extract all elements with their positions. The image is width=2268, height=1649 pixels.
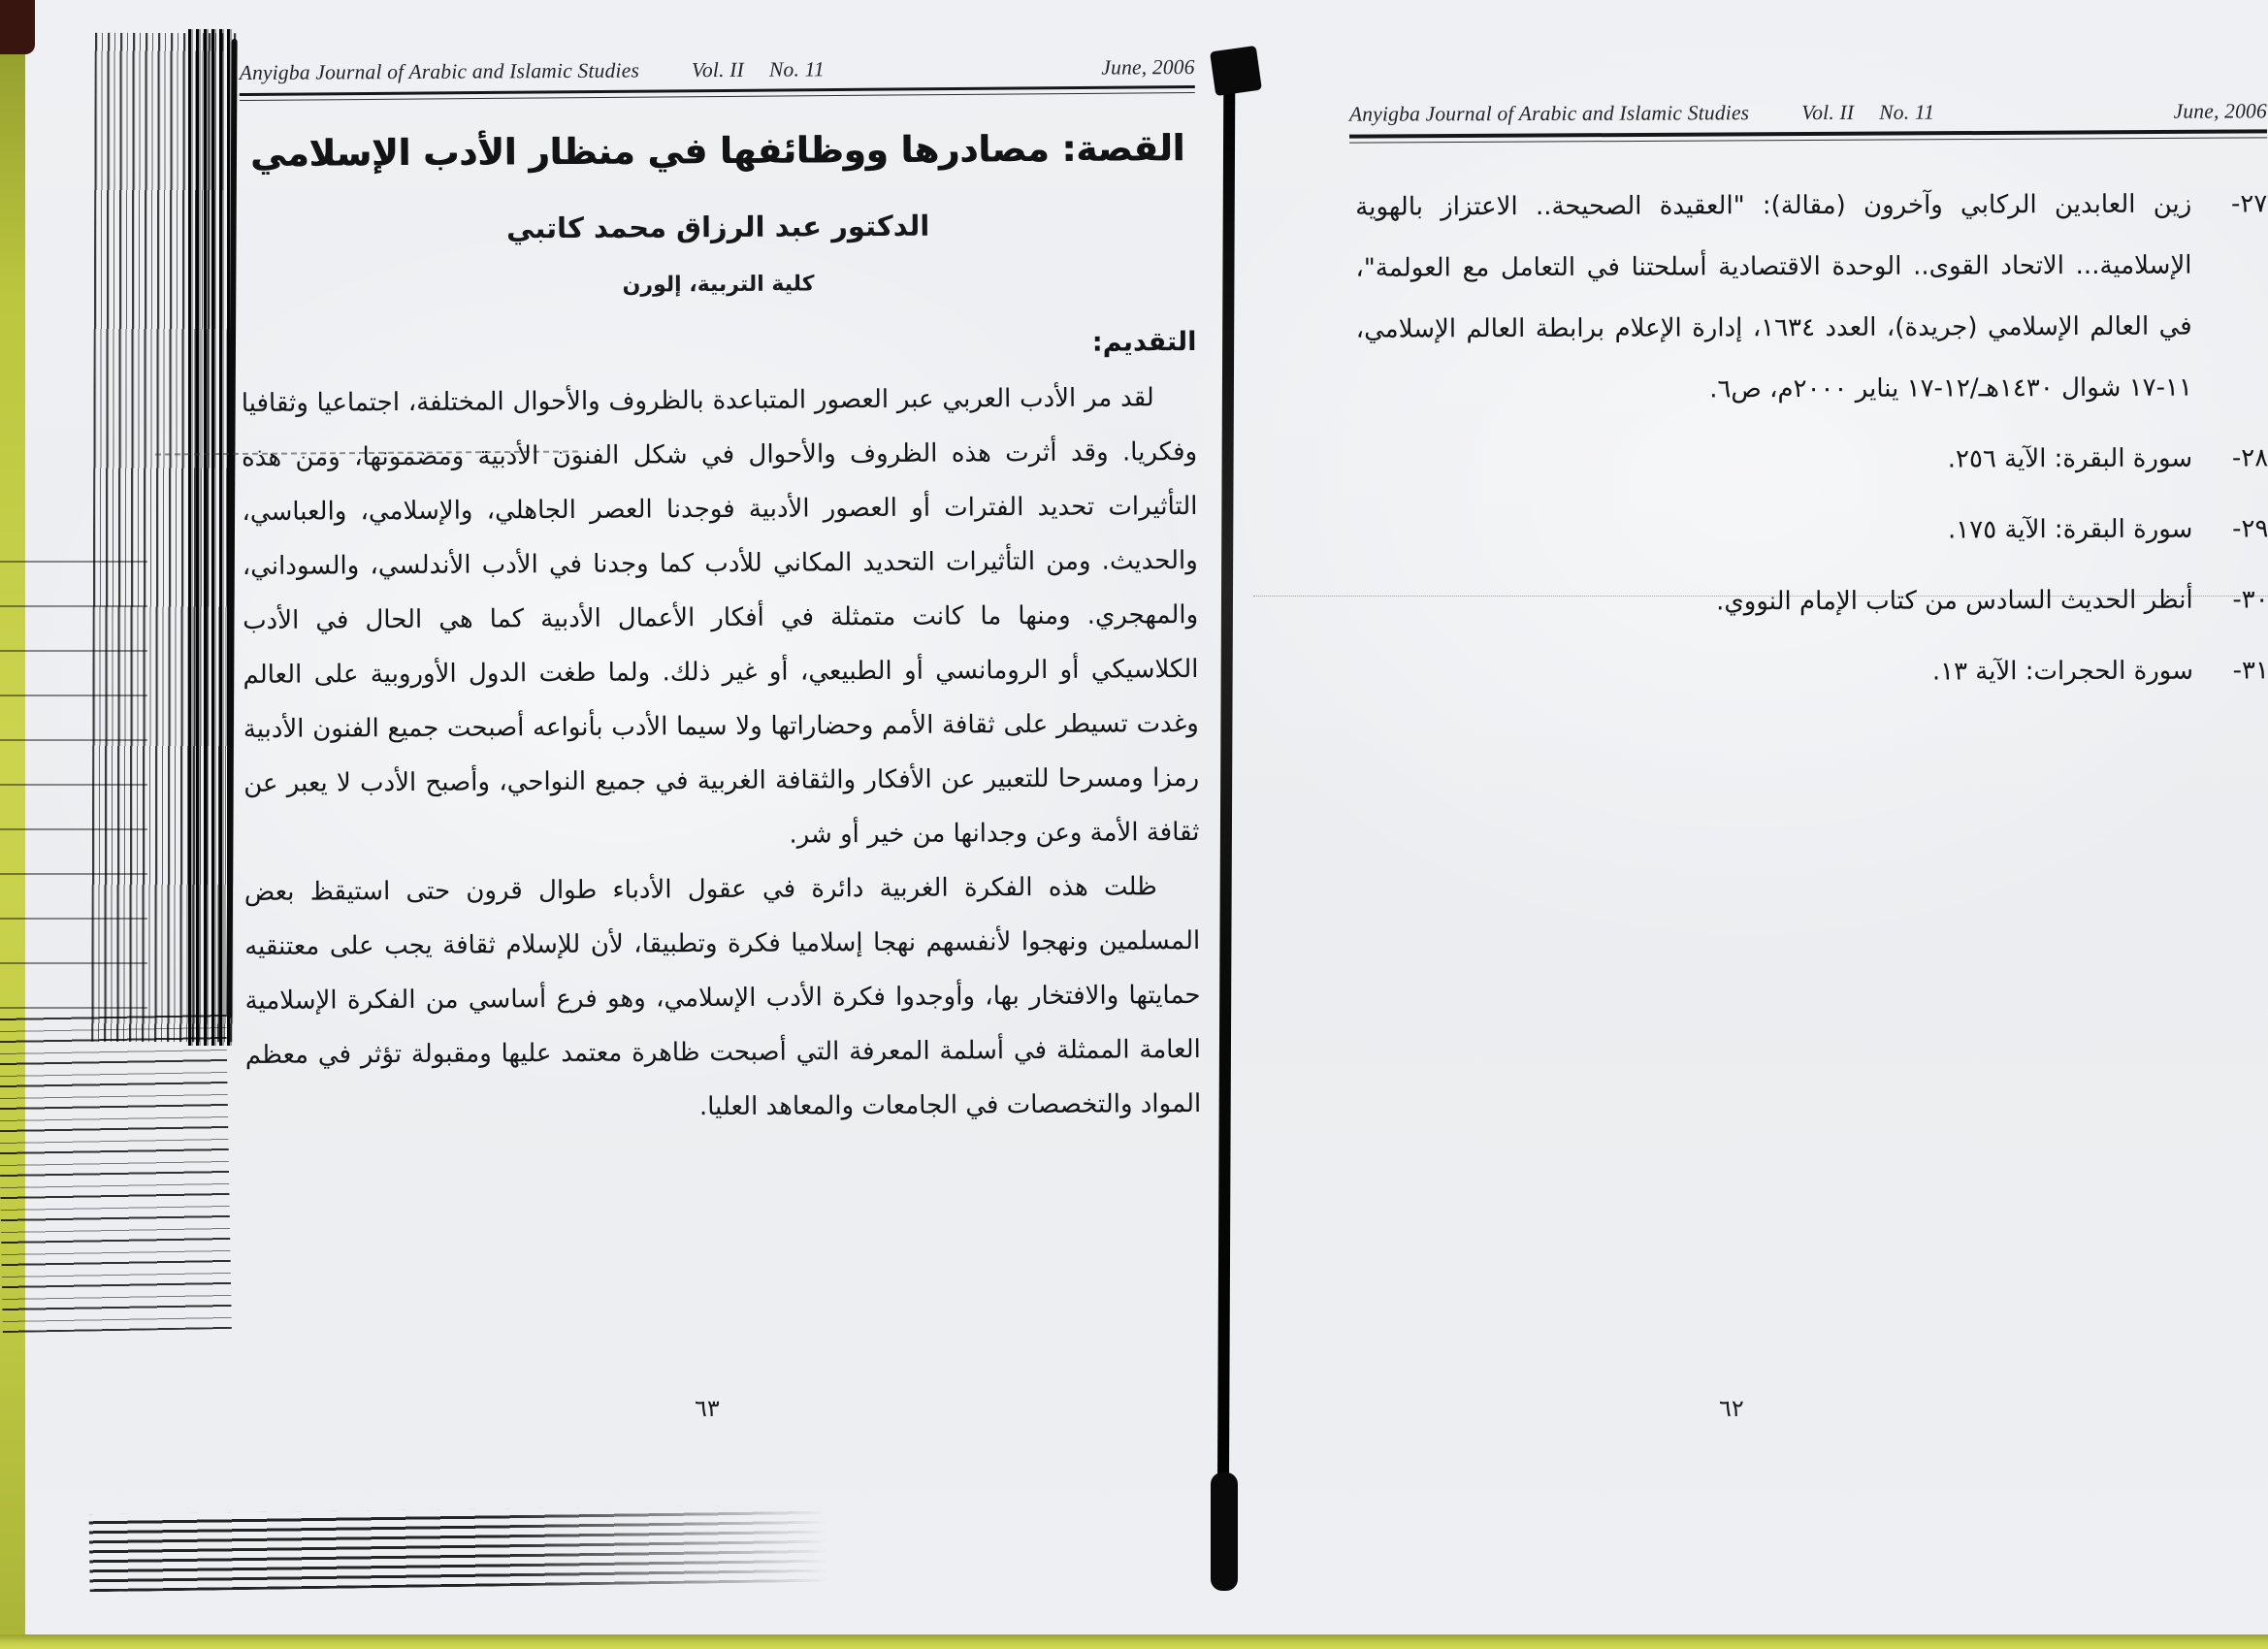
endnote-number: ٣٠-: [2193, 569, 2268, 630]
scanner-edge-strip-bottom: [0, 1634, 2268, 1649]
endnote-item: ٢٧- زين العابدين الركابي وآخرون (مقالة):…: [1349, 174, 2268, 421]
header-rule-right: [1349, 129, 2267, 143]
journal-header-right: Anyigba Journal of Arabic and Islamic St…: [1349, 99, 2267, 126]
article-body: لقد مر الأدب العربي عبر العصور المتباعدة…: [242, 371, 1202, 1137]
page-number-63: ٦٣: [695, 1395, 720, 1422]
endnotes-list: ٢٧- زين العابدين الركابي وآخرون (مقالة):…: [1349, 174, 2268, 704]
scan-streaks-horizontal-dense: [0, 1009, 232, 1333]
endnote-text: أنظر الحديث السادس من كتاب الإمام النووي…: [1351, 570, 2193, 634]
right-page: Anyigba Journal of Arabic and Islamic St…: [1349, 99, 2268, 714]
journal-name: Anyigba Journal of Arabic and Islamic St…: [1349, 101, 1749, 126]
body-paragraph: ظلت هذه الفكرة الغربية دائرة في عقول الأ…: [244, 859, 1202, 1137]
article-author: الدكتور عبد الرزاق محمد كاتبي: [241, 208, 1196, 246]
spine-bottom-blotch: [1211, 1472, 1238, 1591]
page-bottom-edge-streaks: [88, 1504, 826, 1593]
journal-date: June, 2006: [1101, 55, 1194, 81]
endnote-text: سورة البقرة: الآية ٢٥٦.: [1350, 429, 2192, 493]
endnote-item: ٢٨- سورة البقرة: الآية ٢٥٦.: [1350, 428, 2268, 492]
spine-top-blotch: [1210, 46, 1262, 96]
endnote-number: ٢٧-: [2191, 174, 2268, 418]
endnote-item: ٢٩- سورة البقرة: الآية ١٧٥.: [1350, 499, 2268, 563]
journal-name: Anyigba Journal of Arabic and Islamic St…: [240, 59, 639, 86]
body-paragraph: لقد مر الأدب العربي عبر العصور المتباعدة…: [242, 371, 1200, 865]
journal-date: June, 2006: [2174, 99, 2267, 123]
scan-streaks-horizontal-sparse: [0, 543, 147, 1009]
endnote-text: زين العابدين الركابي وآخرون (مقالة): "ال…: [1349, 175, 2192, 422]
article-title: القصة: مصادرها ووظائفها في منظار الأدب ا…: [240, 127, 1195, 175]
journal-header-left: Anyigba Journal of Arabic and Islamic St…: [240, 55, 1195, 85]
journal-volume: Vol. II: [692, 58, 744, 82]
endnote-item: ٣٠- أنظر الحديث السادس من كتاب الإمام ال…: [1351, 569, 2268, 633]
scan-corner-blotch: [0, 0, 35, 54]
page-number-62: ٦٢: [1719, 1395, 1744, 1422]
journal-volume: Vol. II: [1801, 101, 1854, 125]
left-page: Anyigba Journal of Arabic and Islamic St…: [240, 55, 1202, 1137]
endnote-number: ٢٨-: [2192, 428, 2268, 489]
header-rule-left: [240, 85, 1195, 101]
endnote-text: سورة البقرة: الآية ١٧٥.: [1350, 500, 2192, 564]
endnote-number: ٣١-: [2193, 640, 2268, 701]
endnote-text: سورة الحجرات: الآية ١٣.: [1351, 641, 2193, 705]
endnote-item: ٣١- سورة الحجرات: الآية ١٣.: [1351, 640, 2268, 704]
journal-issue: No. 11: [1879, 101, 1934, 125]
journal-issue: No. 11: [769, 57, 825, 81]
author-affiliation: كلية التربية، إلورن: [241, 270, 1196, 300]
book-spine-shadow: [1217, 54, 1236, 1582]
section-heading-introduction: التقديم:: [241, 327, 1196, 363]
endnote-number: ٢٩-: [2192, 499, 2268, 560]
